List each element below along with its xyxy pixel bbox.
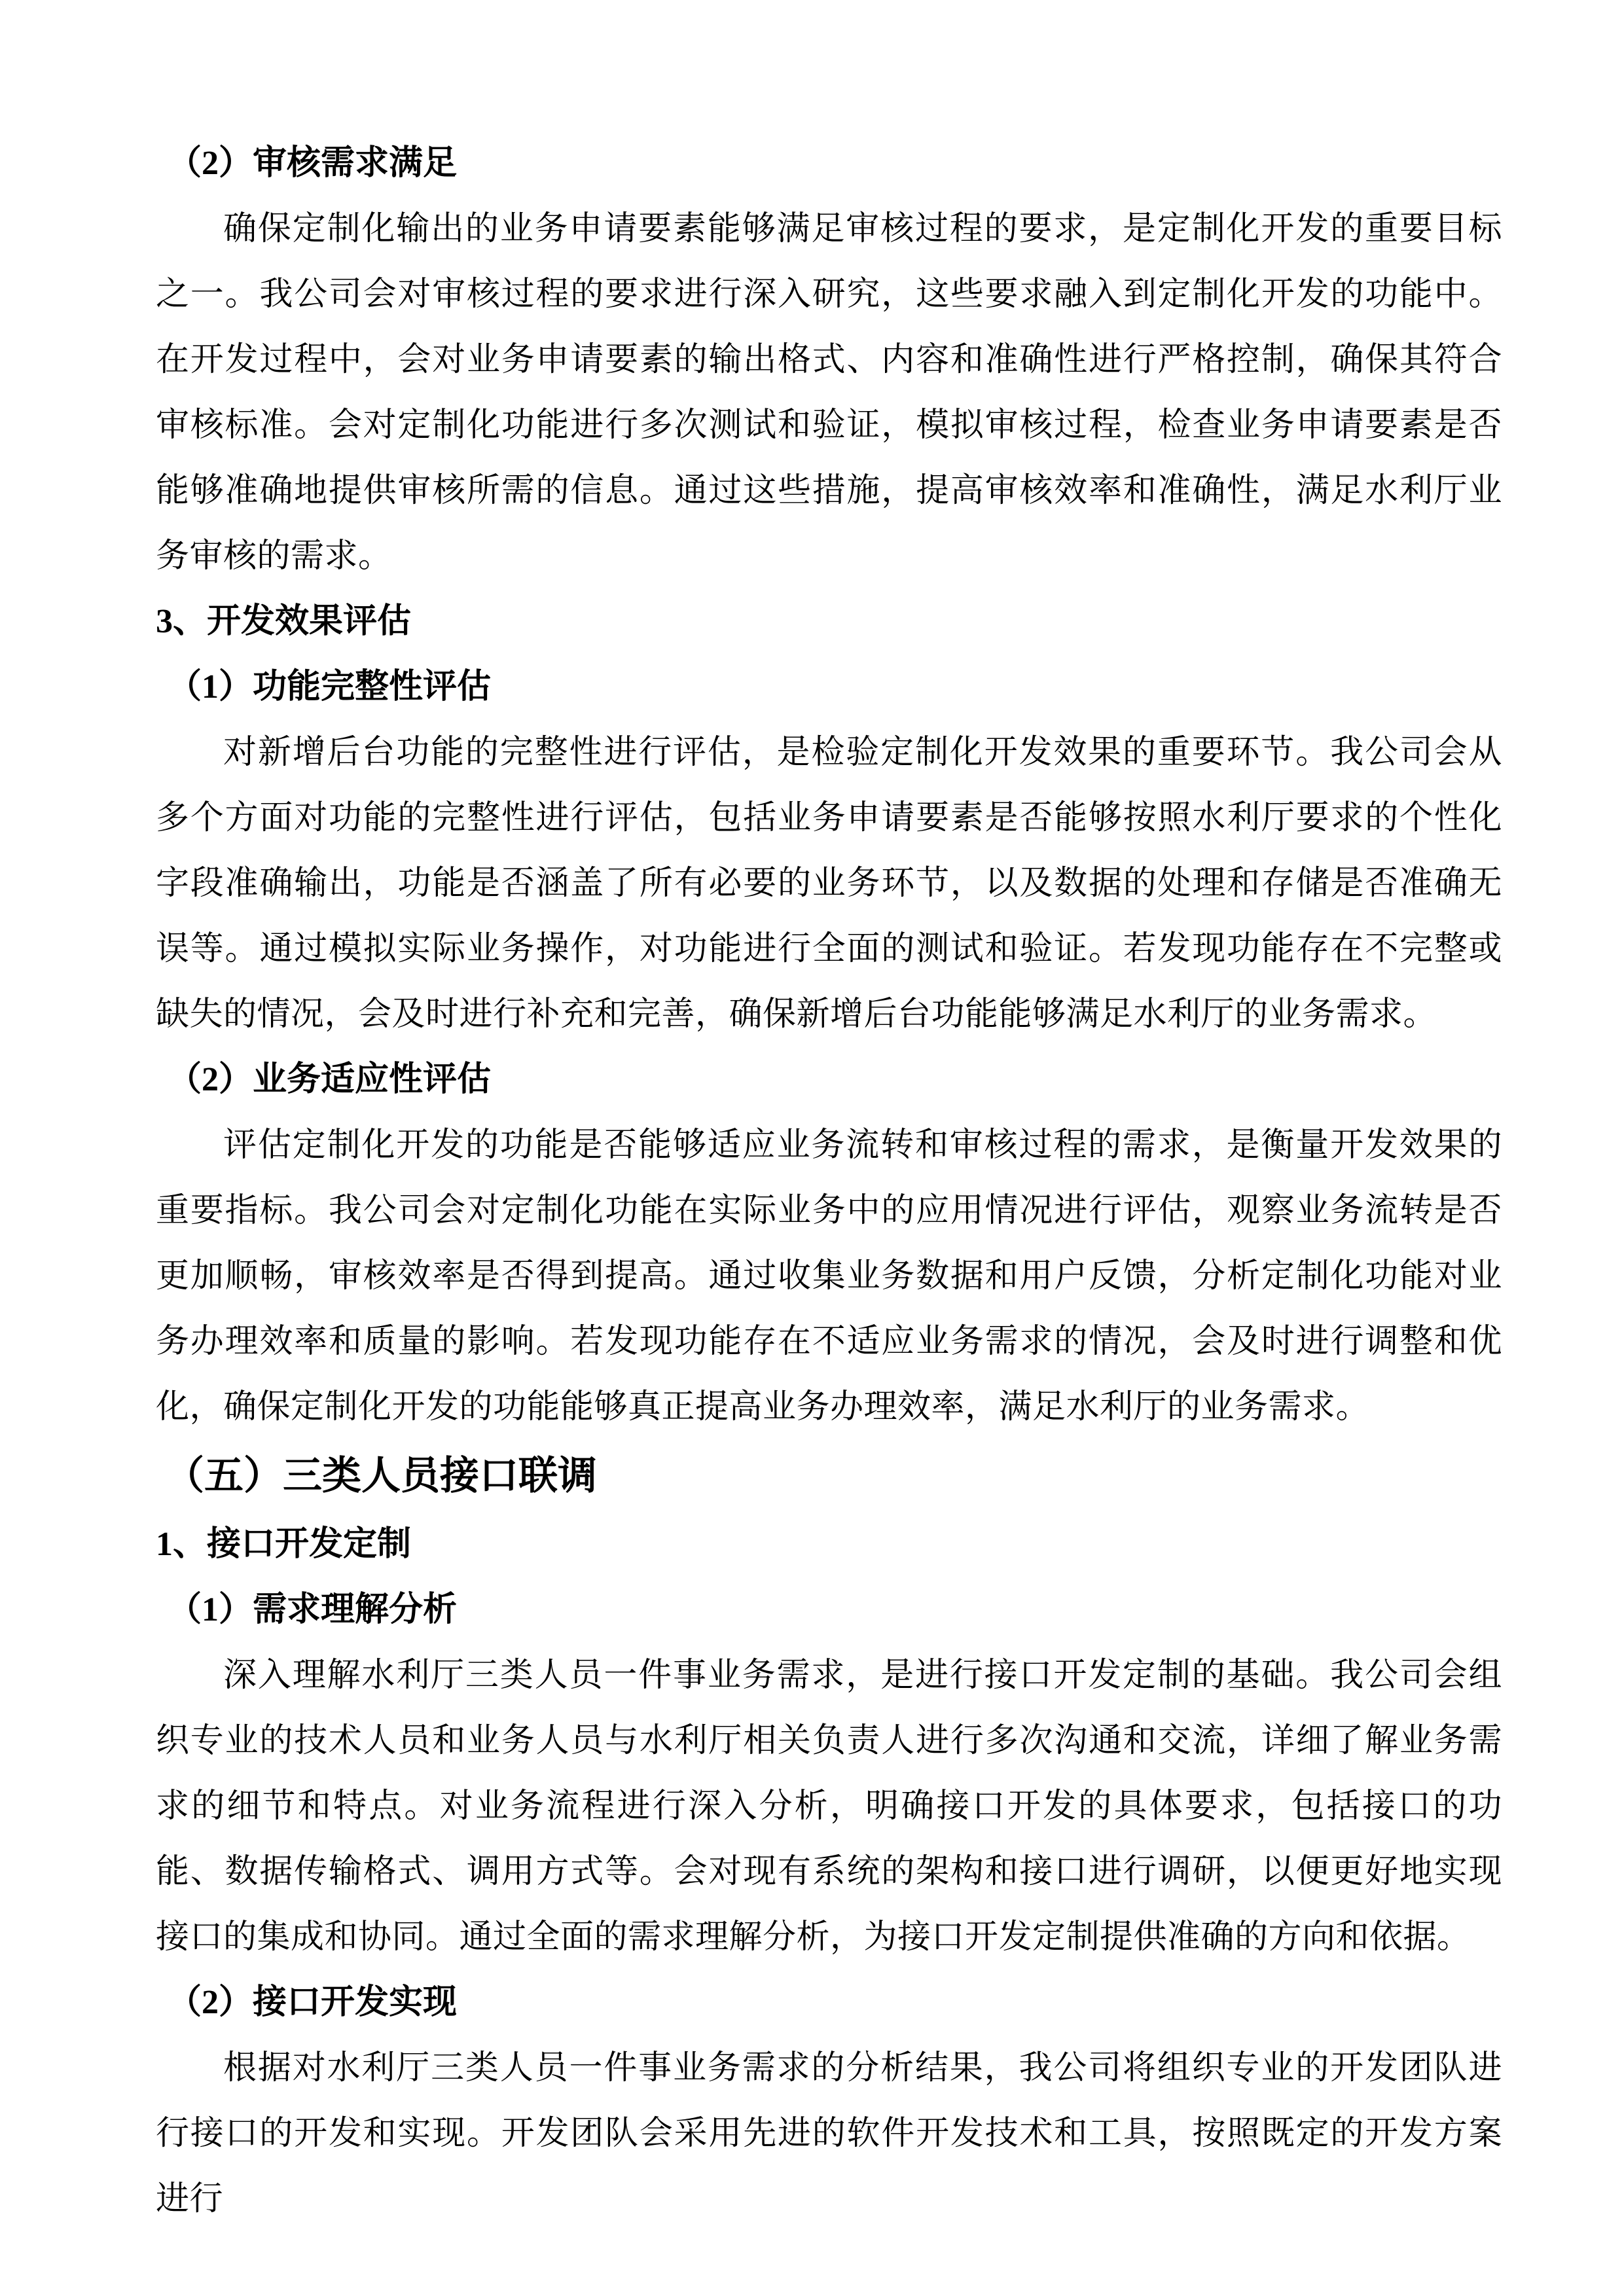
body-paragraph: 确保定制化输出的业务申请要素能够满足审核过程的要求，是定制化开发的重要目标之一。…	[156, 196, 1502, 589]
numbered-heading: 3、开发效果评估	[156, 589, 1502, 655]
sub-heading: （1）需求理解分析	[156, 1577, 1502, 1643]
body-paragraph: 根据对水利厅三类人员一件事业务需求的分析结果，我公司将组织专业的开发团队进行接口…	[156, 2036, 1502, 2232]
document-page: （2）审核需求满足确保定制化输出的业务申请要素能够满足审核过程的要求，是定制化开…	[0, 0, 1624, 2296]
sub-heading: （2）业务适应性评估	[156, 1047, 1502, 1113]
numbered-heading: 1、接口开发定制	[156, 1512, 1502, 1577]
sub-heading: （2）审核需求满足	[156, 131, 1502, 196]
body-paragraph: 评估定制化开发的功能是否能够适应业务流转和审核过程的需求，是衡量开发效果的重要指…	[156, 1113, 1502, 1440]
section-heading: （五）三类人员接口联调	[156, 1440, 1502, 1512]
sub-heading: （1）功能完整性评估	[156, 655, 1502, 720]
document-content: （2）审核需求满足确保定制化输出的业务申请要素能够满足审核过程的要求，是定制化开…	[156, 131, 1502, 2232]
body-paragraph: 深入理解水利厅三类人员一件事业务需求，是进行接口开发定制的基础。我公司会组织专业…	[156, 1643, 1502, 1970]
body-paragraph: 对新增后台功能的完整性进行评估，是检验定制化开发效果的重要环节。我公司会从多个方…	[156, 720, 1502, 1047]
sub-heading: （2）接口开发实现	[156, 1970, 1502, 2036]
